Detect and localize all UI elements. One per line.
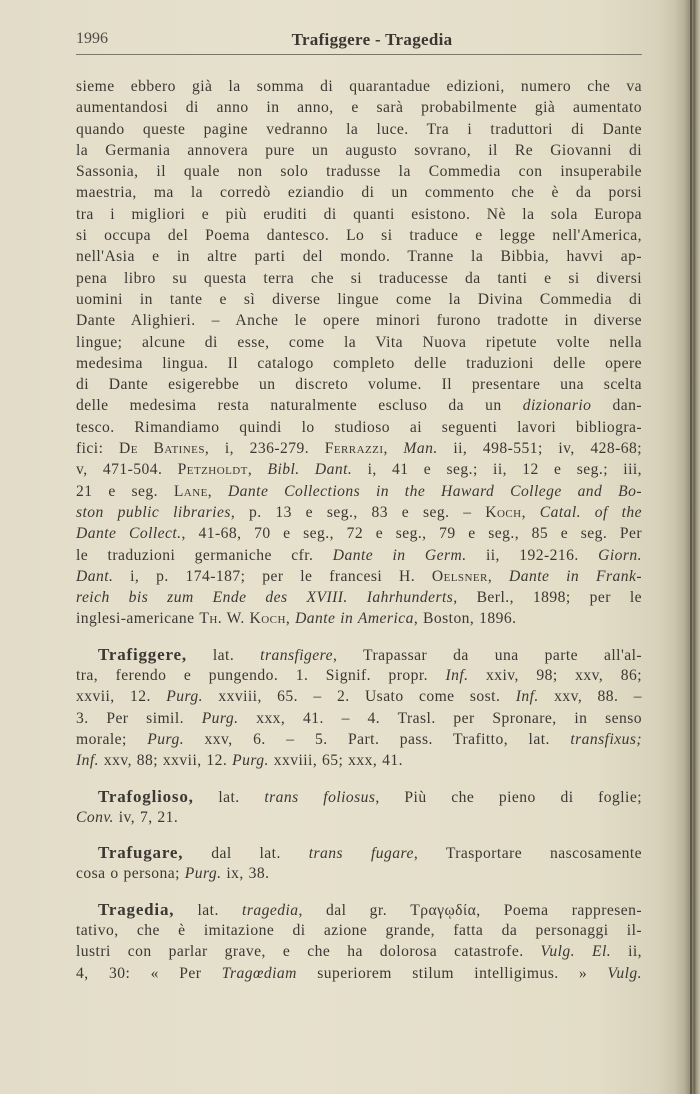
author-name: Koch — [485, 504, 521, 521]
entry-trafugare: Trafugare, dal lat. trans fugare, Traspo… — [76, 842, 642, 885]
text-line: xxvii, 12. Purg. xxviii, 65. – 2. Usato … — [76, 686, 642, 707]
work-title: Dant. — [76, 568, 113, 585]
text-line: Conv. iv, 7, 21. — [76, 807, 642, 828]
continuation-paragraph: sieme ebbero già la somma di quarantadue… — [76, 76, 642, 630]
text-line: v, 471-504. Petzholdt, Bibl. Dant. i, 41… — [76, 459, 642, 480]
work-title: reich bis zum Ende des XVIII. Iahrhunder… — [76, 589, 453, 606]
text-line: Dant. i, p. 174-187; per le francesi H. … — [76, 566, 642, 587]
entry-trafiggere: Trafiggere, lat. transfigere, Trapassar … — [76, 644, 642, 772]
text-line: medesima lingua. Il catalogo completo de… — [76, 353, 642, 374]
headword: Tragedia, — [98, 900, 174, 919]
text-line: Trafoglioso, lat. trans foliosus, Più ch… — [76, 786, 642, 807]
author-name: De Batines — [119, 440, 205, 457]
text-line: ston public libraries, p. 13 e seg., 83 … — [76, 502, 642, 523]
book-spine-line — [690, 0, 692, 1094]
text-line: Tragedia, lat. tragedia, dal gr. Τραγῳδί… — [76, 899, 642, 920]
text-line: uomini in tante e sì diverse lingue come… — [76, 289, 642, 310]
text-line: 4, 30: « Per Tragœdiam superiorem stilum… — [76, 963, 642, 984]
text-line: morale; Purg. xxv, 6. – 5. Part. pass. T… — [76, 729, 642, 750]
headword: Trafiggere, — [98, 645, 187, 664]
work-title: ston public libraries — [76, 504, 231, 521]
text-line: Dante Collect., 41-68, 70 e seg., 72 e s… — [76, 523, 642, 544]
text-line: maestria, ma la corredò eziandio di un c… — [76, 182, 642, 203]
text-line: Dante Alighieri. – Anche le opere minori… — [76, 310, 642, 331]
text-line: delle medesima resta naturalmente esclus… — [76, 395, 642, 416]
work-title: Dante in Germ. — [333, 547, 467, 564]
text-line: Trafugare, dal lat. trans fugare, Traspo… — [76, 842, 642, 863]
author-name: Petzholdt — [178, 461, 248, 478]
text-line: Sassonia, il quale non solo tradusse la … — [76, 161, 642, 182]
text-line: Inf. xxv, 88; xxvii, 12. Purg. xxviii, 6… — [76, 750, 642, 771]
text-line: quando queste pagine vedranno la luce. T… — [76, 119, 642, 140]
work-title: Bibl. Dant. — [267, 461, 352, 478]
text-line: reich bis zum Ende des XVIII. Iahrhunder… — [76, 587, 642, 608]
text-line: Trafiggere, lat. transfigere, Trapassar … — [76, 644, 642, 665]
headword: Trafugare, — [98, 843, 183, 862]
work-title: Dante Collections in the Haward College … — [228, 483, 642, 500]
text-line: 21 e seg. Lane, Dante Collections in the… — [76, 481, 642, 502]
text-line: tesco. Rimandiamo quindi lo studioso ai … — [76, 417, 642, 438]
text-line: lingue; alcune di esse, come la Vita Nuo… — [76, 332, 642, 353]
text-line: aumentandosi di anno in anno, e sarà pro… — [76, 97, 642, 118]
work-title: Dante in Frank- — [509, 568, 642, 585]
text-line: inglesi-americane Th. W. Koch, Dante in … — [76, 608, 642, 629]
text-line: lustri con parlar grave, e che ha doloro… — [76, 941, 642, 962]
text-line: cosa o persona; Purg. ix, 38. — [76, 863, 642, 884]
entry-tragedia: Tragedia, lat. tragedia, dal gr. Τραγῳδί… — [76, 899, 642, 984]
author-name: Oelsner — [432, 568, 488, 585]
author-name: Lane — [174, 483, 208, 500]
text-line: 3. Per simil. Purg. xxx, 41. – 4. Trasl.… — [76, 708, 642, 729]
author-name: Th. W. Koch — [199, 610, 286, 627]
entry-trafoglioso: Trafoglioso, lat. trans foliosus, Più ch… — [76, 786, 642, 829]
work-title: Giorn. — [598, 547, 642, 564]
italic-term: dizionario — [523, 397, 592, 414]
text-line: fici: De Batines, i, 236-279. Ferrazzi, … — [76, 438, 642, 459]
text-line: la Germania annovera pure un augusto sov… — [76, 140, 642, 161]
text-line: tativo, che è imitazione di azione grand… — [76, 920, 642, 941]
work-title: Catal. of the — [540, 504, 642, 521]
text-line: sieme ebbero già la somma di quarantadue… — [76, 76, 642, 97]
headword: Trafoglioso, — [98, 787, 194, 806]
author-name: Ferrazzi — [325, 440, 384, 457]
text-line: si occupa del Poema dantesco. Lo si trad… — [76, 225, 642, 246]
page-edge-shadow — [674, 0, 700, 1094]
page-header: 1996 Trafiggere - Tragedia — [76, 30, 642, 56]
text-line: nell'Asia e in altre parti del mondo. Tr… — [76, 246, 642, 267]
page-body: sieme ebbero già la somma di quarantadue… — [76, 76, 642, 984]
running-title: Trafiggere - Tragedia — [76, 30, 642, 50]
text-line: pena libro su questa terra che si traduc… — [76, 268, 642, 289]
text-line: tra, ferendo e pungendo. 1. Signif. prop… — [76, 665, 642, 686]
text-line: tra i migliori e più eruditi di quanti e… — [76, 204, 642, 225]
work-title: Man. — [403, 440, 437, 457]
text-line: di Dante esigerebbe un discreto volume. … — [76, 374, 642, 395]
text-line: le traduzioni germaniche cfr. Dante in G… — [76, 545, 642, 566]
header-rule — [76, 54, 642, 55]
work-title: Dante Collect. — [76, 525, 182, 542]
work-title: Dante in America — [295, 610, 414, 627]
